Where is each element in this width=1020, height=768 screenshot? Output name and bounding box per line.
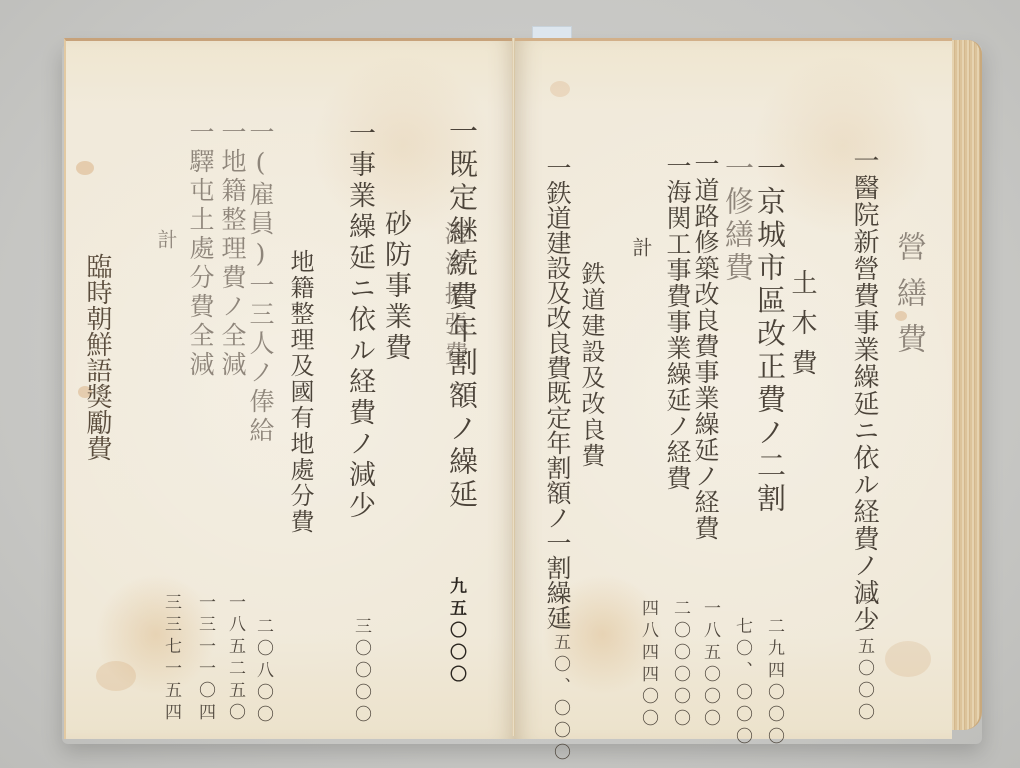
book-fore-edge <box>950 40 982 730</box>
subtotal-label-civil: 計 <box>631 237 651 261</box>
subheading-korean-language-incentive: 臨時朝鮮語獎勵費 <box>84 253 110 461</box>
entry-railway-deferral: 一鉄道建設及改良費既定年割額ノ一割繰延 <box>545 155 570 630</box>
left-page: 港湾拡張費 一既定継続費年割額ノ繰延 九五〇〇〇 砂防事業費 一事業繰延ニ依ル経… <box>64 38 515 739</box>
foxing-stain <box>550 81 570 97</box>
entry-station-land-abolished: 一驛屯土處分費全減 <box>188 119 213 380</box>
subtotal-amount-left: 三三七一五四 <box>162 593 179 725</box>
subheading-erosion-control: 砂防事業費 <box>382 209 409 364</box>
subheading-railway-construction: 鉄道建設及改良費 <box>579 261 603 469</box>
amount-hospital-construction-deferral: 一二五〇〇〇 <box>855 593 872 725</box>
foxing-stain <box>96 661 136 691</box>
entry-continuing-expense-deferral: 一既定継続費年割額ノ繰延 <box>447 116 476 512</box>
foxing-stain <box>885 641 931 677</box>
amount-road-improvement-deferral: 一八五〇〇〇 <box>701 599 718 731</box>
entry-repairs: 一修繕費 <box>723 153 752 285</box>
section-heading-building-repair: 營繕費 <box>893 231 923 369</box>
subheading-cadastral-state-land: 地籍整理及國有地處分費 <box>288 249 312 535</box>
amount-cadastral-abolished: 一八五二五〇 <box>226 593 243 725</box>
entry-road-improvement-deferral: 一道路修築改良費事業繰延ノ経費 <box>693 151 718 541</box>
right-page: 營繕費 一醫院新營費事業繰延ニ依ル経費ノ減少 一二五〇〇〇 土木費 一京城市區改… <box>515 38 952 739</box>
entry-customs-works-deferral: 一海関工事費事業繰延ノ経費 <box>665 153 690 491</box>
entry-erosion-control-reduction: 一事業繰延ニ依ル経費ノ減少 <box>346 119 373 522</box>
amount-repairs: 七〇、〇〇〇 <box>733 617 750 749</box>
subtotal-amount-civil: 四八四四〇〇 <box>639 599 656 731</box>
amount-station-land-abolished: 一三一一〇四 <box>196 593 213 725</box>
entry-cadastral-abolished: 一地籍整理費ノ全減 <box>220 119 245 380</box>
amount-continuing-expense-deferral: 九五〇〇〇 <box>447 577 464 687</box>
subheading-civil-engineering: 土木費 <box>789 269 815 389</box>
foxing-stain <box>76 161 94 175</box>
amount-erosion-control-reduction: 三〇〇〇〇 <box>352 617 369 727</box>
entry-keijo-city-improvement: 一京城市區改正費ノ二割 <box>755 153 784 516</box>
amount-railway-deferral: 一三五〇、〇〇〇 <box>551 589 568 765</box>
entry-hospital-construction-deferral: 一醫院新營費事業繰延ニ依ル経費ノ減少 <box>851 147 877 633</box>
entry-staff-salaries: 一(雇員)一三人ノ俸給 <box>248 119 273 446</box>
amount-customs-works-deferral: 二〇〇〇〇〇 <box>671 599 688 731</box>
amount-keijo-city-improvement: 二九四〇〇〇 <box>765 617 782 749</box>
subtotal-label-left: 計 <box>156 229 176 253</box>
amount-staff-salaries: 二〇八〇〇 <box>254 617 271 727</box>
